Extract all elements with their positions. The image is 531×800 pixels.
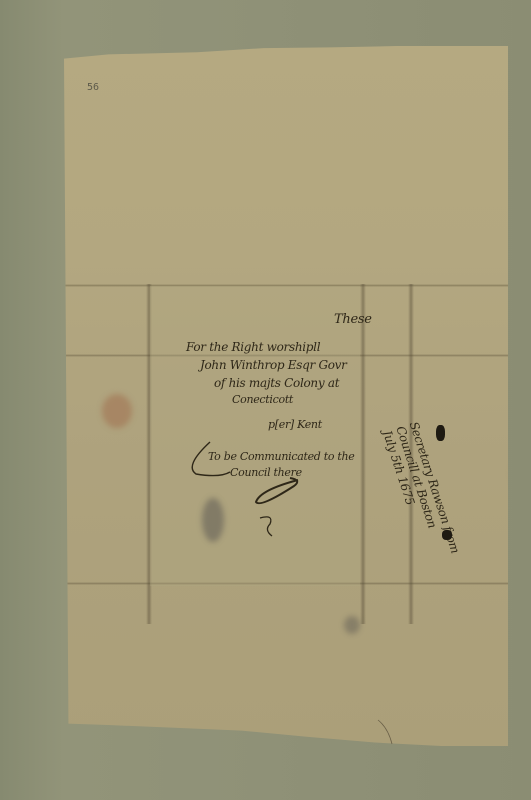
ink-deletion-blot-small bbox=[442, 530, 452, 540]
folio-number: 56 bbox=[87, 82, 99, 93]
address-line-3: of his majts Colony at bbox=[214, 376, 339, 390]
wax-seal-stain bbox=[102, 394, 132, 428]
address-line-these: These bbox=[334, 312, 372, 327]
fold-line-vertical-center bbox=[360, 284, 366, 624]
ink-deletion-blot bbox=[436, 425, 445, 441]
address-line-4: Conecticott bbox=[232, 393, 293, 406]
postscript-mark: p[er] Kent bbox=[268, 418, 322, 431]
address-line-2: John Winthrop Esqr Govr bbox=[200, 358, 347, 372]
ink-blot-stain-small bbox=[344, 616, 360, 634]
address-line-1: For the Right worshipll bbox=[186, 340, 320, 354]
signature-flourish-icon bbox=[190, 438, 320, 548]
paper-crease-mark bbox=[376, 718, 396, 746]
